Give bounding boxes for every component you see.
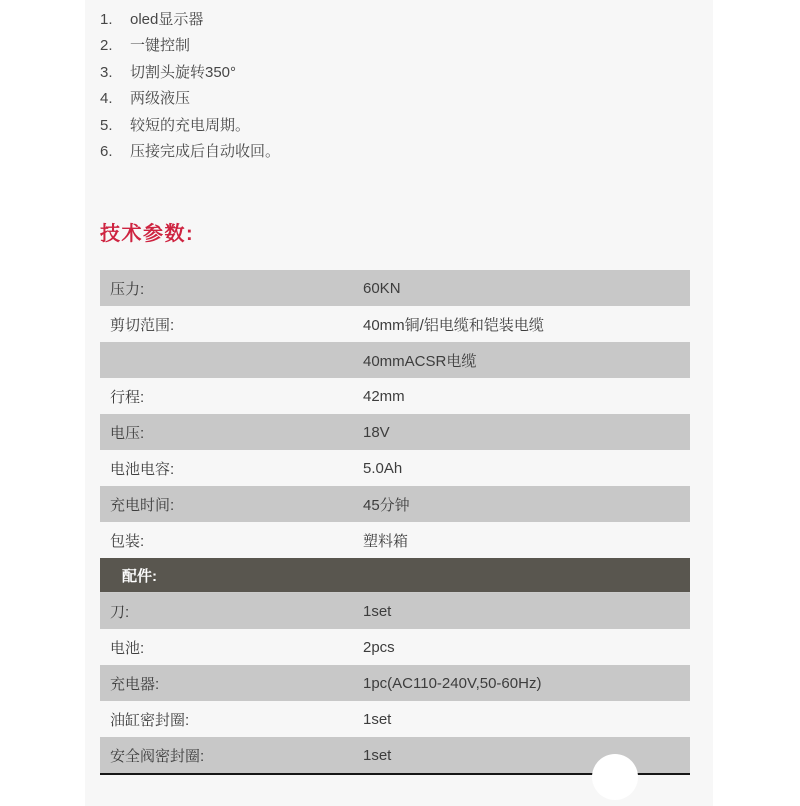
spec-row-battery: 电池: 2pcs [100, 629, 690, 665]
spec-label: 刀: [100, 601, 363, 622]
spec-row-voltage: 电压: 18V [100, 414, 690, 450]
feature-list-item: 3. 切割头旋转350° [100, 60, 713, 86]
spec-label: 配件: [100, 565, 363, 586]
feature-list-item: 6. 压接完成后自动收回。 [100, 139, 713, 165]
spec-row-cutting-range: 剪切范围: 40mm铜/铝电缆和铠装电缆 [100, 306, 690, 342]
feature-number: 3. [100, 60, 130, 86]
spec-value: 42mm [363, 388, 690, 405]
feature-number: 2. [100, 33, 130, 59]
spec-row-battery-capacity: 电池电容: 5.0Ah [100, 450, 690, 486]
spec-label: 包装: [100, 530, 363, 551]
spec-label: 压力: [100, 278, 363, 299]
spec-row-cutting-range-2: 40mmACSR电缆 [100, 342, 690, 378]
spec-row-blade: 刀: 1set [100, 593, 690, 629]
accessories-header-row: 配件: [100, 558, 690, 593]
spec-value: 40mm铜/铝电缆和铠装电缆 [363, 314, 690, 335]
feature-text: 压接完成后自动收回。 [130, 139, 280, 165]
spec-value: 1set [363, 711, 690, 728]
spec-row-charging-time: 充电时间: 45分钟 [100, 486, 690, 522]
feature-list-item: 4. 两级液压 [100, 86, 713, 112]
feature-text: 切割头旋转350° [130, 60, 236, 86]
feature-number: 5. [100, 113, 130, 139]
spec-value: 5.0Ah [363, 460, 690, 477]
spec-label: 行程: [100, 386, 363, 407]
spec-row-charger: 充电器: 1pc(AC110-240V,50-60Hz) [100, 665, 690, 701]
spec-value: 18V [363, 424, 690, 441]
feature-list: 1. oled显示器 2. 一键控制 3. 切割头旋转350° 4. 两级液压 … [85, 0, 713, 165]
spec-value: 60KN [363, 280, 690, 297]
section-title: 技术参数: [100, 217, 194, 246]
spec-label: 剪切范围: [100, 314, 363, 335]
spec-table: 压力: 60KN 剪切范围: 40mm铜/铝电缆和铠装电缆 40mmACSR电缆… [100, 270, 690, 775]
feature-text: 一键控制 [130, 33, 190, 59]
spec-label: 充电器: [100, 673, 363, 694]
spec-row-packing: 包装: 塑料箱 [100, 522, 690, 558]
spec-value: 塑料箱 [363, 530, 690, 551]
feature-number: 4. [100, 86, 130, 112]
feature-text: oled显示器 [130, 7, 203, 33]
feature-list-item: 2. 一键控制 [100, 33, 713, 59]
spec-label: 安全阀密封圈: [100, 745, 363, 766]
spec-label: 充电时间: [100, 494, 363, 515]
spec-value: 1set [363, 747, 690, 764]
feature-text: 两级液压 [130, 86, 190, 112]
spec-value: 1pc(AC110-240V,50-60Hz) [363, 675, 690, 692]
feature-text: 较短的充电周期。 [130, 113, 250, 139]
spec-row-cylinder-seal: 油缸密封圈: 1set [100, 701, 690, 737]
feature-list-item: 5. 较短的充电周期。 [100, 113, 713, 139]
spec-row-stroke: 行程: 42mm [100, 378, 690, 414]
spec-label: 电压: [100, 422, 363, 443]
spec-value: 45分钟 [363, 494, 690, 515]
corner-circle-decoration [592, 754, 638, 800]
feature-number: 6. [100, 139, 130, 165]
feature-number: 1. [100, 7, 130, 33]
content-column: 1. oled显示器 2. 一键控制 3. 切割头旋转350° 4. 两级液压 … [85, 0, 713, 806]
spec-value: 2pcs [363, 639, 690, 656]
spec-value: 40mmACSR电缆 [363, 350, 690, 371]
feature-list-item: 1. oled显示器 [100, 7, 713, 33]
spec-label: 电池: [100, 637, 363, 658]
spec-row-pressure: 压力: 60KN [100, 270, 690, 306]
spec-value: 1set [363, 603, 690, 620]
spec-label: 电池电容: [100, 458, 363, 479]
spec-label: 油缸密封圈: [100, 709, 363, 730]
